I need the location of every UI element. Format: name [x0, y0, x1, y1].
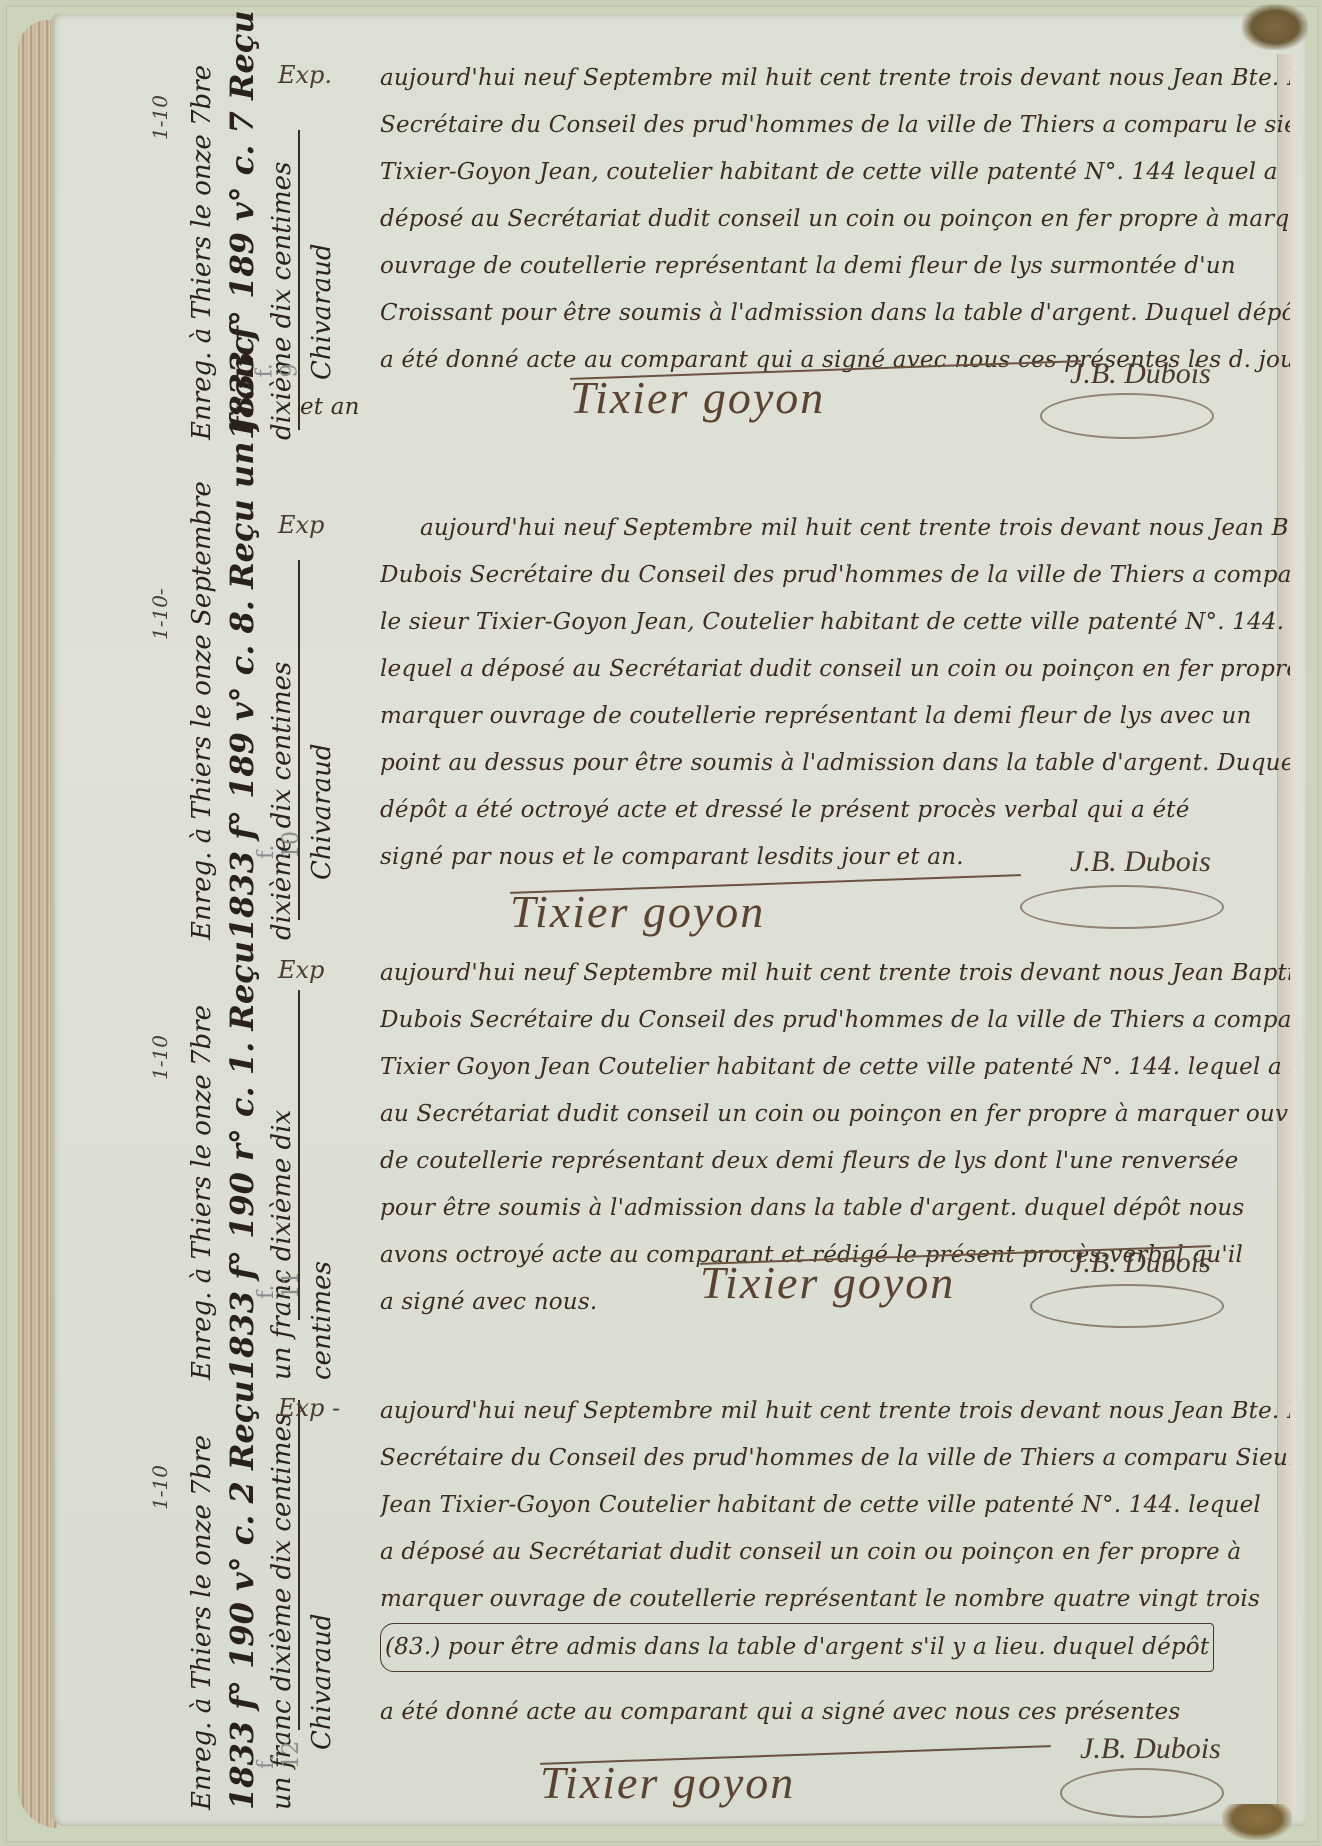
signature-row: Tixier goyon J.B. Dubois: [300, 1256, 1290, 1346]
depositor-signature: Tixier goyon: [510, 885, 765, 938]
binding-thread-top: [1242, 4, 1308, 50]
entry-text: aujourd'hui neuf Septembre mil huit cent…: [380, 505, 1290, 881]
text-line: Dubois Secrétaire du Conseil des prud'ho…: [380, 552, 1290, 599]
text-line: a déposé au Secrétariat dudit conseil un…: [380, 1529, 1290, 1576]
text-line: au Secrétariat dudit conseil un coin ou …: [380, 1091, 1290, 1138]
fee-amount: 1-10: [148, 95, 172, 140]
depositor-signature: Tixier goyon: [700, 1256, 955, 1309]
text-line: aujourd'hui neuf Septembre mil huit cent…: [380, 55, 1290, 102]
signature-flourish: [1040, 393, 1214, 439]
text-line: aujourd'hui neuf Septembre mil huit cent…: [420, 505, 1290, 552]
text-line: Jean Tixier-Goyon Coutelier habitant de …: [380, 1482, 1290, 1529]
text-line: ouvrage de coutellerie représentant la d…: [380, 243, 1290, 290]
margin-line: un franc dixième dix: [262, 941, 302, 1380]
text-line: Dubois Secrétaire du Conseil des prud'ho…: [380, 997, 1290, 1044]
text-line: aujourd'hui neuf Septembre mil huit cent…: [380, 950, 1290, 997]
clerk-signature: J.B. Dubois: [1070, 845, 1211, 879]
margin-note-4: 1-10 Enreg. à Thiers le onze 7bre 1833 f…: [70, 1400, 290, 1820]
register-entry-2: Exp aujourd'hui neuf Septembre mil huit …: [300, 505, 1290, 971]
register-entry-3: Exp aujourd'hui neuf Septembre mil huit …: [300, 950, 1290, 1346]
signature-flourish: [1030, 1284, 1224, 1328]
text-line: le sieur Tixier-Goyon Jean, Coutelier ha…: [380, 599, 1290, 646]
text-line: dépôt a été octroyé acte et dressé le pr…: [380, 787, 1290, 834]
text-line: Secrétaire du Conseil des prud'hommes de…: [380, 102, 1290, 149]
text-line: marquer ouvrage de coutellerie représent…: [380, 693, 1290, 740]
clerk-signature: J.B. Dubois: [1070, 357, 1211, 391]
depositor-signature: Tixier goyon: [540, 1756, 795, 1809]
text-line: Croissant pour être soumis à l'admission…: [380, 290, 1290, 337]
text-line: point au dessus pour être soumis à l'adm…: [380, 740, 1290, 787]
signature-row: Tixier goyon J.B. Dubois: [300, 1736, 1290, 1826]
text-line: Secrétaire du Conseil des prud'hommes de…: [380, 1435, 1290, 1482]
fee-amount: 1-10: [148, 1035, 172, 1080]
margin-line: Enreg. à Thiers le onze Septembre: [182, 336, 222, 940]
pencil-folio: f. 12: [254, 1741, 304, 1769]
fee-amount: 1-10: [148, 1465, 172, 1510]
entry-text: aujourd'hui neuf Septembre mil huit cent…: [380, 1388, 1290, 1736]
margin-note-3: 1-10 Enreg. à Thiers le onze 7bre 1833 f…: [70, 960, 290, 1380]
entry-marker: Exp -: [278, 1394, 340, 1422]
text-line: marquer ouvrage de coutellerie représent…: [380, 1576, 1290, 1623]
text-line: Tixier Goyon Jean Coutelier habitant de …: [380, 1044, 1290, 1091]
text-line: (83.) pour être admis dans la table d'ar…: [380, 1623, 1214, 1672]
entry-marker: Exp.: [278, 61, 332, 89]
text-line: de coutellerie représentant deux demi fl…: [380, 1138, 1290, 1185]
clerk-signature: J.B. Dubois: [1070, 1246, 1211, 1280]
register-entry-4: Exp - aujourd'hui neuf Septembre mil hui…: [300, 1388, 1290, 1826]
text-line: déposé au Secrétariat dudit conseil un c…: [380, 196, 1290, 243]
text-line: a été donné acte au comparant qui a sign…: [380, 1689, 1290, 1736]
depositor-signature: Tixier goyon: [570, 371, 825, 424]
signature-flourish: [1060, 1768, 1224, 1818]
entry-marker: Exp: [278, 956, 324, 984]
margin-line: 1833 f° 190 r° c. 1. Reçu: [222, 941, 262, 1380]
text-line: Tixier-Goyon Jean, coutelier habitant de…: [380, 149, 1290, 196]
signature-flourish: [1020, 885, 1224, 929]
pencil-folio: f. 11: [254, 1271, 304, 1299]
entry-marker: Exp: [278, 511, 324, 539]
signature-row: Tixier goyon J.B. Dubois: [300, 371, 1290, 461]
margin-line: Enreg. à Thiers le onze 7bre: [182, 1380, 222, 1810]
pencil-folio: f. 10: [254, 831, 304, 859]
register-entry-1: Exp. aujourd'hui neuf Septembre mil huit…: [300, 55, 1290, 461]
text-line: pour être soumis à l'admission dans la t…: [380, 1185, 1290, 1232]
text-line: aujourd'hui neuf Septembre mil huit cent…: [380, 1388, 1290, 1435]
fee-amount: 1-10-: [148, 588, 172, 640]
margin-line: Enreg. à Thiers le onze 7bre: [182, 941, 222, 1380]
clerk-signature: J.B. Dubois: [1080, 1732, 1221, 1766]
text-line: lequel a déposé au Secrétariat dudit con…: [380, 646, 1290, 693]
margin-note-2: 1-10- Enreg. à Thiers le onze Septembre …: [70, 460, 290, 940]
